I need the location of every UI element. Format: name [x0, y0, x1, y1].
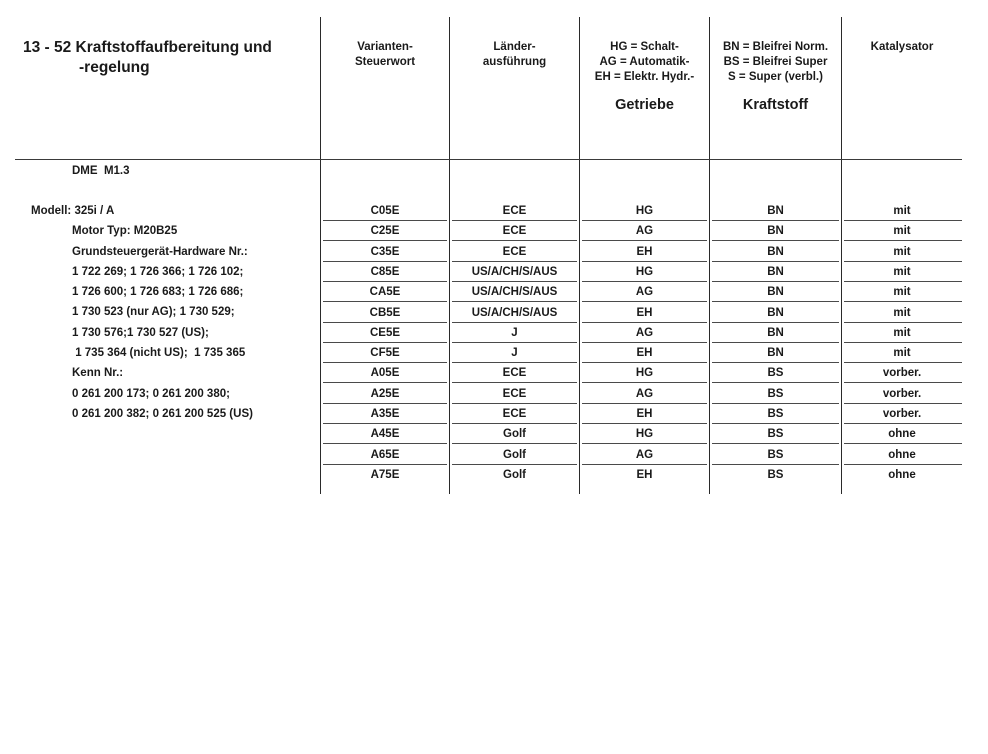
cell-catalyst: vorber. [842, 363, 962, 383]
cell-variant: A05E [321, 363, 449, 383]
header-separator [15, 159, 962, 160]
cell-variant: CA5E [321, 282, 449, 302]
cell-gearbox: HG [580, 424, 709, 444]
cell-variant: CF5E [321, 343, 449, 363]
model-info-line: Grundsteuergerät-Hardware Nr.: [31, 242, 253, 262]
header-variant-line: Steuerwort [321, 55, 449, 70]
section-label: DME M1.3 [72, 161, 130, 181]
cell-gearbox: EH [580, 343, 709, 363]
title-line-1: 13 - 52 Kraftstoffaufbereitung und [23, 38, 272, 58]
cell-fuel: BS [710, 404, 841, 424]
cell-variant: A75E [321, 465, 449, 485]
model-info-line: Modell: 325i / A [31, 201, 253, 221]
cell-gearbox: EH [580, 242, 709, 262]
cell-country: ECE [450, 404, 579, 424]
header-gearbox: HG = Schalt- AG = Automatik- EH = Elektr… [580, 40, 709, 113]
model-info-line: 1 730 576;1 730 527 (US); [31, 323, 253, 343]
header-fuel: BN = Bleifrei Norm. BS = Bleifrei Super … [710, 40, 841, 113]
cell-catalyst: mit [842, 282, 962, 302]
cell-variant: C05E [321, 201, 449, 221]
page-title: 13 - 52 Kraftstoffaufbereitung und -rege… [23, 38, 272, 78]
cell-variant: C85E [321, 262, 449, 282]
title-line-2: -regelung [23, 58, 272, 78]
model-info: Modell: 325i / AMotor Typ: M20B25Grundst… [31, 201, 253, 424]
fuel-legend-line: BS = Bleifrei Super [710, 55, 841, 70]
cell-gearbox: HG [580, 363, 709, 383]
cell-variant: A45E [321, 424, 449, 444]
cell-country: ECE [450, 221, 579, 241]
cell-catalyst: mit [842, 262, 962, 282]
cell-gearbox: EH [580, 404, 709, 424]
cell-catalyst: mit [842, 221, 962, 241]
cell-gearbox: AG [580, 384, 709, 404]
model-info-line: 1 726 600; 1 726 683; 1 726 686; [31, 282, 253, 302]
cell-catalyst: vorber. [842, 384, 962, 404]
cell-catalyst: mit [842, 242, 962, 262]
fuel-label: Kraftstoff [710, 98, 841, 113]
header-country: Länder- ausführung [450, 40, 579, 70]
cell-fuel: BN [710, 201, 841, 221]
header-variant: Varianten- Steuerwort [321, 40, 449, 70]
cell-catalyst: ohne [842, 445, 962, 465]
gearbox-label: Getriebe [580, 98, 709, 113]
model-info-line: 1 722 269; 1 726 366; 1 726 102; [31, 262, 253, 282]
cell-catalyst: vorber. [842, 404, 962, 424]
cell-fuel: BN [710, 242, 841, 262]
header-variant-line: Varianten- [321, 40, 449, 55]
model-info-line: 1 735 364 (nicht US); 1 735 365 [31, 343, 253, 363]
model-info-line: 0 261 200 382; 0 261 200 525 (US) [31, 404, 253, 424]
model-info-line: Motor Typ: M20B25 [31, 221, 253, 241]
cell-fuel: BN [710, 221, 841, 241]
cell-catalyst: ohne [842, 424, 962, 444]
header-catalyst: Katalysator [842, 40, 962, 55]
cell-country: ECE [450, 384, 579, 404]
cell-fuel: BN [710, 282, 841, 302]
cell-country: Golf [450, 445, 579, 465]
cell-variant: C25E [321, 221, 449, 241]
cell-catalyst: mit [842, 343, 962, 363]
cell-fuel: BS [710, 424, 841, 444]
cell-variant: A35E [321, 404, 449, 424]
cell-catalyst: mit [842, 303, 962, 323]
cell-fuel: BS [710, 445, 841, 465]
model-info-line: Kenn Nr.: [31, 363, 253, 383]
cell-country: J [450, 323, 579, 343]
cell-gearbox: HG [580, 262, 709, 282]
cell-gearbox: AG [580, 221, 709, 241]
cell-variant: CB5E [321, 303, 449, 323]
gearbox-legend-line: HG = Schalt- [580, 40, 709, 55]
cell-gearbox: EH [580, 303, 709, 323]
cell-gearbox: AG [580, 282, 709, 302]
cell-fuel: BN [710, 323, 841, 343]
cell-country: US/A/CH/S/AUS [450, 303, 579, 323]
cell-country: J [450, 343, 579, 363]
cell-variant: CE5E [321, 323, 449, 343]
cell-country: Golf [450, 424, 579, 444]
cell-gearbox: EH [580, 465, 709, 485]
cell-gearbox: AG [580, 323, 709, 343]
gearbox-legend-line: EH = Elektr. Hydr.- [580, 70, 709, 85]
cell-variant: C35E [321, 242, 449, 262]
cell-country: ECE [450, 363, 579, 383]
cell-fuel: BS [710, 384, 841, 404]
cell-country: ECE [450, 201, 579, 221]
cell-country: US/A/CH/S/AUS [450, 282, 579, 302]
cell-country: Golf [450, 465, 579, 485]
header-country-line: ausführung [450, 55, 579, 70]
gearbox-legend-line: AG = Automatik- [580, 55, 709, 70]
cell-fuel: BS [710, 363, 841, 383]
fuel-legend-line: S = Super (verbl.) [710, 70, 841, 85]
cell-variant: A65E [321, 445, 449, 465]
model-info-line: 1 730 523 (nur AG); 1 730 529; [31, 302, 253, 322]
cell-fuel: BN [710, 262, 841, 282]
cell-country: US/A/CH/S/AUS [450, 262, 579, 282]
cell-variant: A25E [321, 384, 449, 404]
cell-fuel: BN [710, 343, 841, 363]
cell-catalyst: mit [842, 323, 962, 343]
cell-fuel: BN [710, 303, 841, 323]
fuel-legend-line: BN = Bleifrei Norm. [710, 40, 841, 55]
cell-gearbox: AG [580, 445, 709, 465]
cell-catalyst: ohne [842, 465, 962, 485]
cell-country: ECE [450, 242, 579, 262]
header-country-line: Länder- [450, 40, 579, 55]
cell-gearbox: HG [580, 201, 709, 221]
cell-fuel: BS [710, 465, 841, 485]
header-catalyst-line: Katalysator [842, 40, 962, 55]
cell-catalyst: mit [842, 201, 962, 221]
model-info-line: 0 261 200 173; 0 261 200 380; [31, 384, 253, 404]
